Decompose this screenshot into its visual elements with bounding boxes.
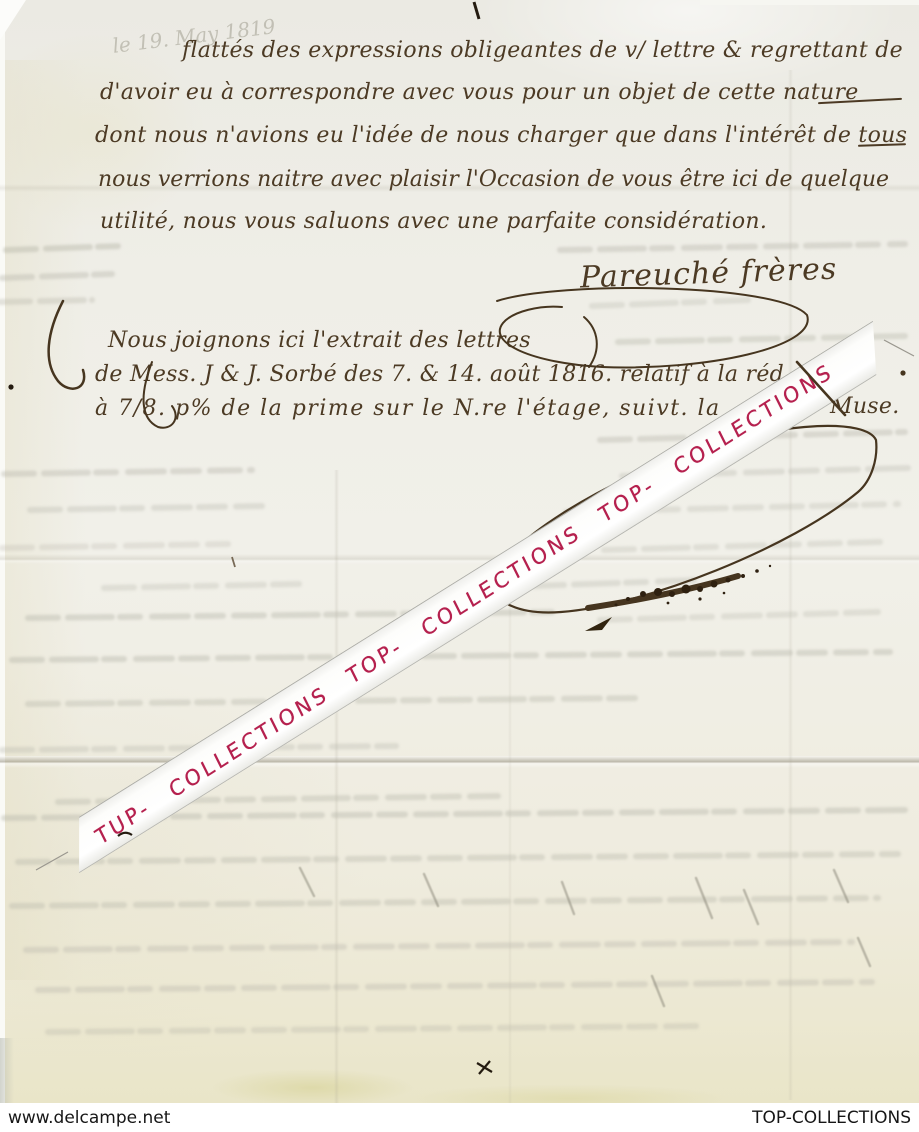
footer-bar: www.delcampe.net TOP-COLLECTIONS (0, 1103, 919, 1132)
period-dot (900, 370, 905, 375)
ink-scratch (232, 557, 235, 567)
ink-specks (0, 0, 919, 1132)
ink-speck-left (8, 384, 13, 389)
footer-brand: TOP-COLLECTIONS (752, 1108, 911, 1128)
top-edge-ink-mark (474, 2, 479, 19)
ink-speck-band-tip (118, 833, 132, 836)
footer-url: www.delcampe.net (8, 1108, 170, 1128)
band-edge-guides (36, 340, 914, 870)
x-ink-mark-bottom (477, 1061, 492, 1074)
scanned-letter-page: le 19. May 1819 flattés des expressions … (0, 0, 919, 1132)
overband-slash (797, 362, 845, 415)
